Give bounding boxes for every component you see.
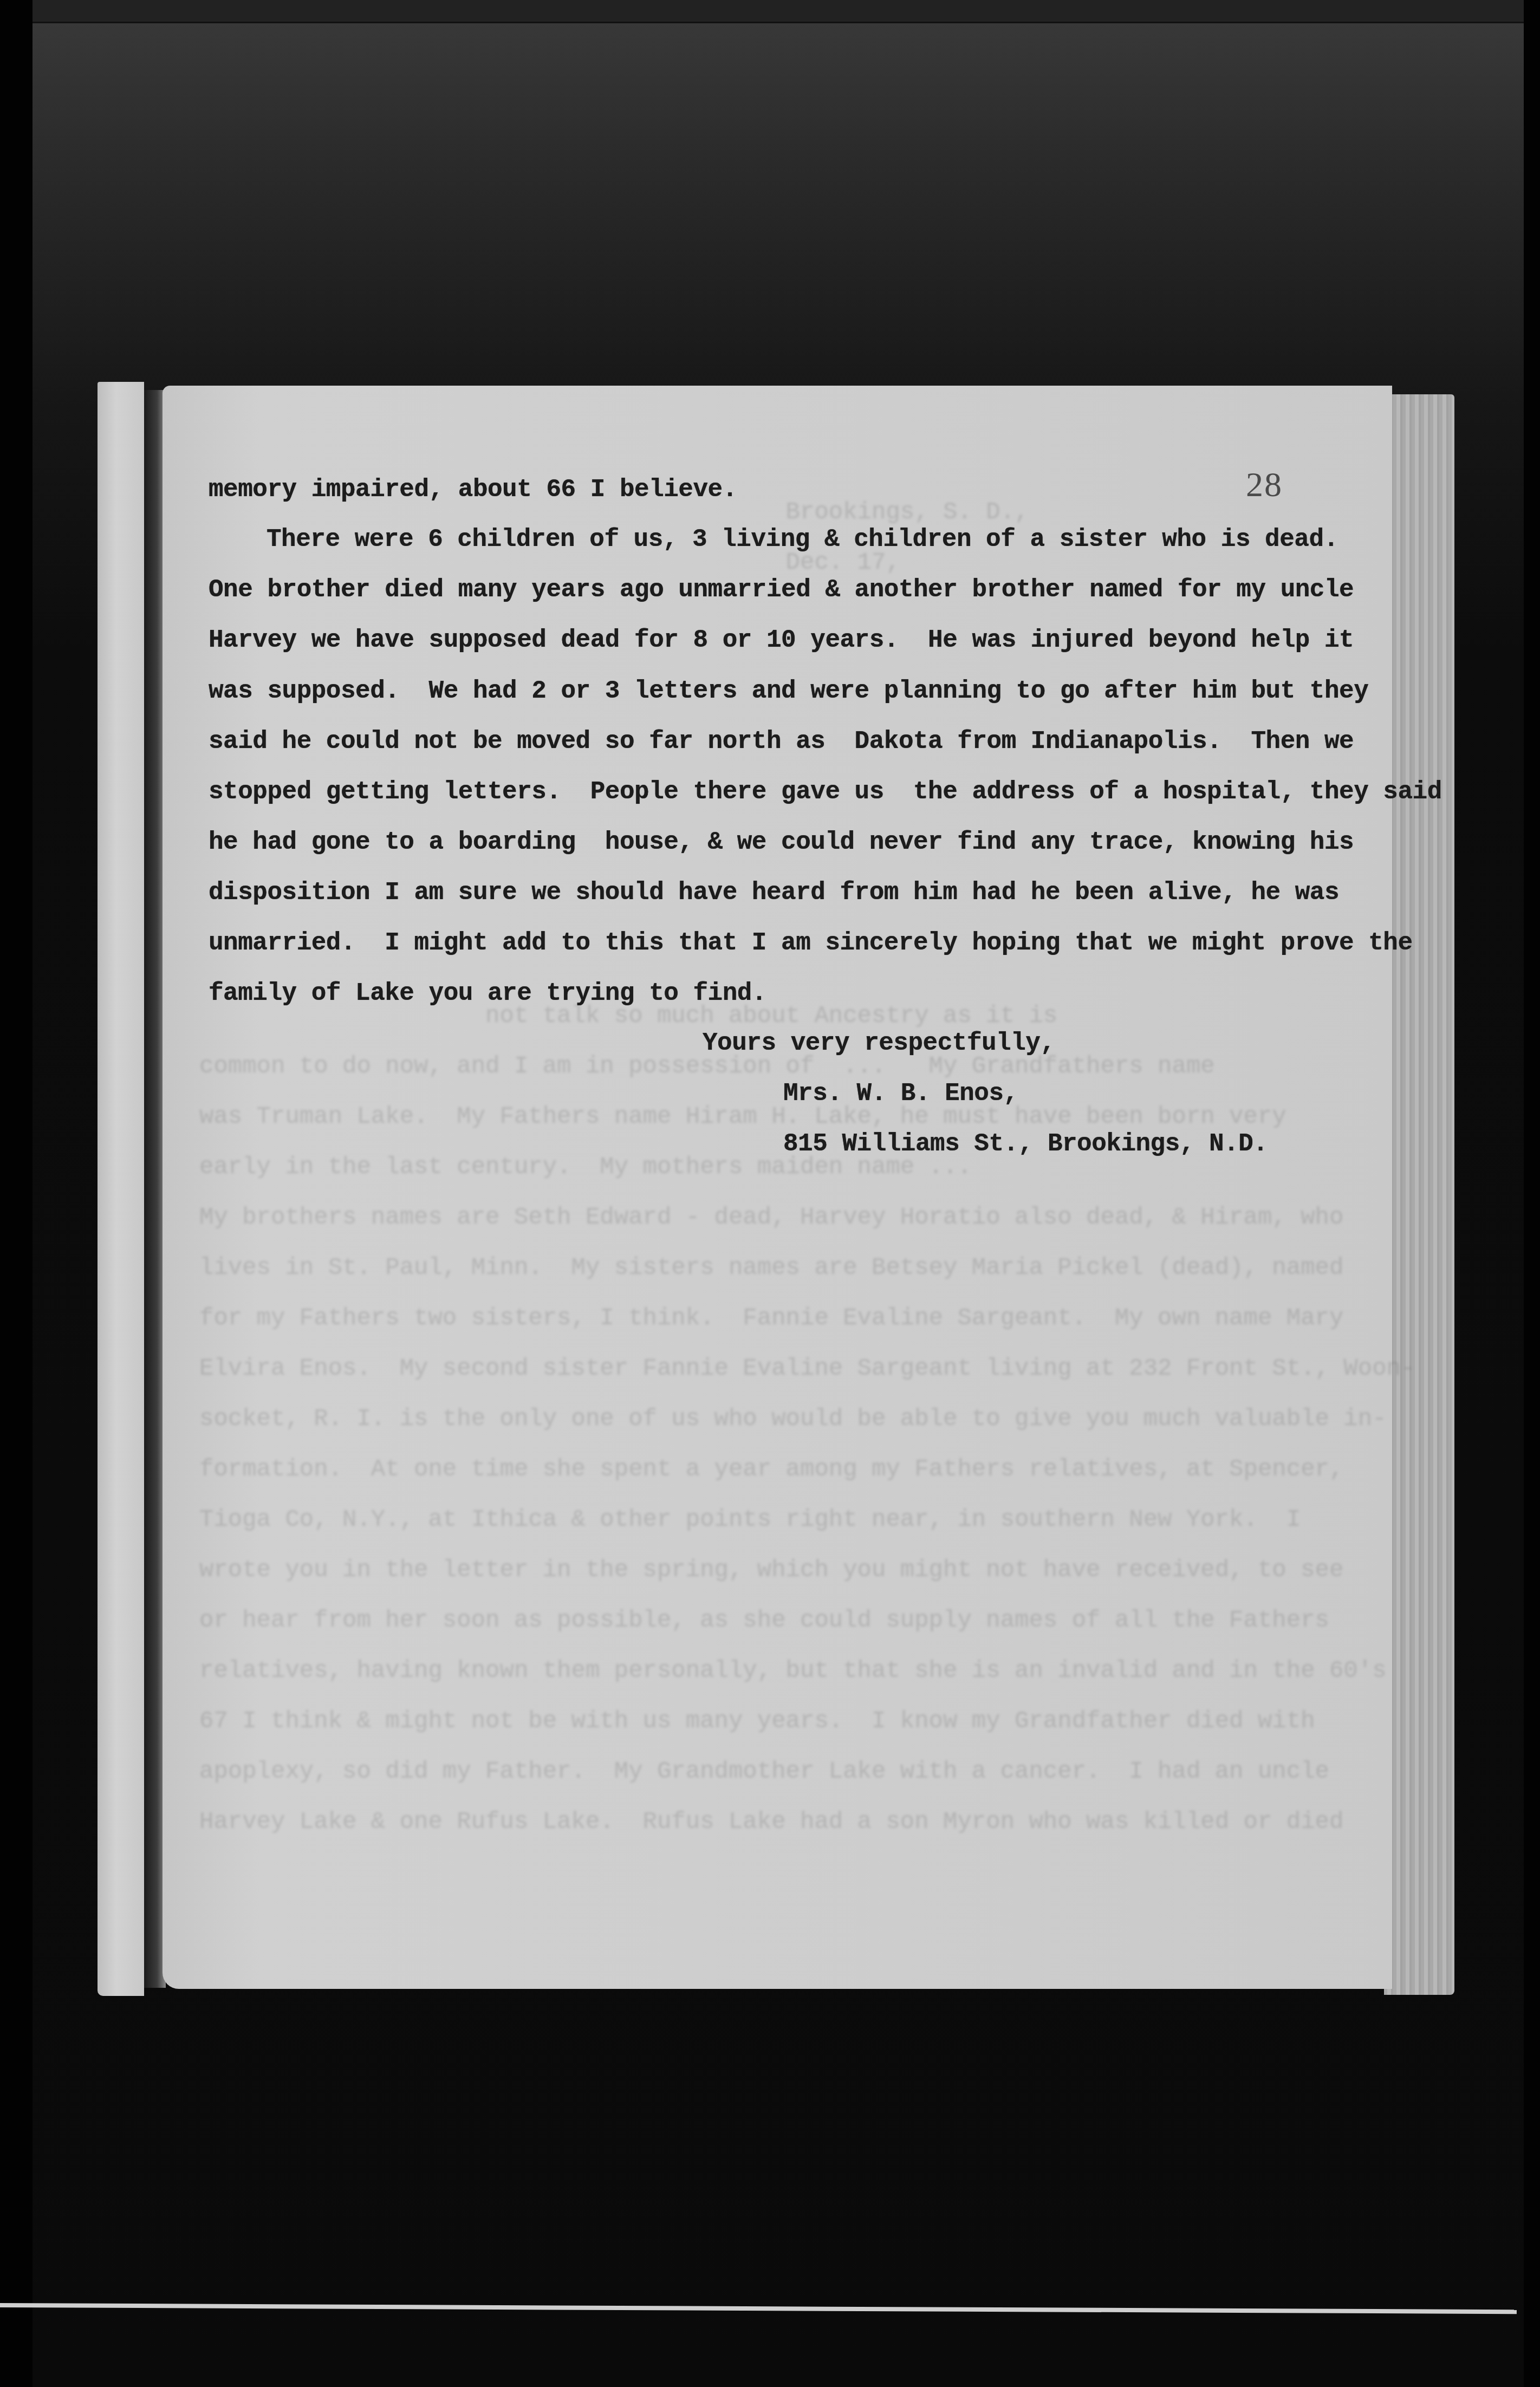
body-line: Harvey we have supposed dead for 8 or 10… [209,626,1354,654]
letter-text: 28 memory impaired, about 66 I believe. … [0,0,1540,2387]
body-line: One brother died many years ago unmarrie… [209,576,1354,604]
page-number: 28 [1246,465,1283,505]
body-line: was supposed. We had 2 or 3 letters and … [209,677,1368,705]
signature: Mrs. W. B. Enos, [783,1079,1018,1108]
sender-address: 815 Williams St., Brookings, N.D. [783,1130,1268,1158]
body-line: family of Lake you are trying to find. [209,979,766,1007]
body-line: said he could not be moved so far north … [209,727,1354,756]
body-line: stopped getting letters. People there ga… [209,778,1442,806]
body-line: he had gone to a boarding house, & we co… [209,828,1354,856]
body-line: unmarried. I might add to this that I am… [209,929,1413,957]
closing: Yours very respectfully, [703,1029,1055,1057]
body-line: disposition I am sure we should have hea… [209,879,1339,907]
body-line: There were 6 children of us, 3 living & … [267,525,1338,554]
body-line: memory impaired, about 66 I believe. [209,476,737,504]
